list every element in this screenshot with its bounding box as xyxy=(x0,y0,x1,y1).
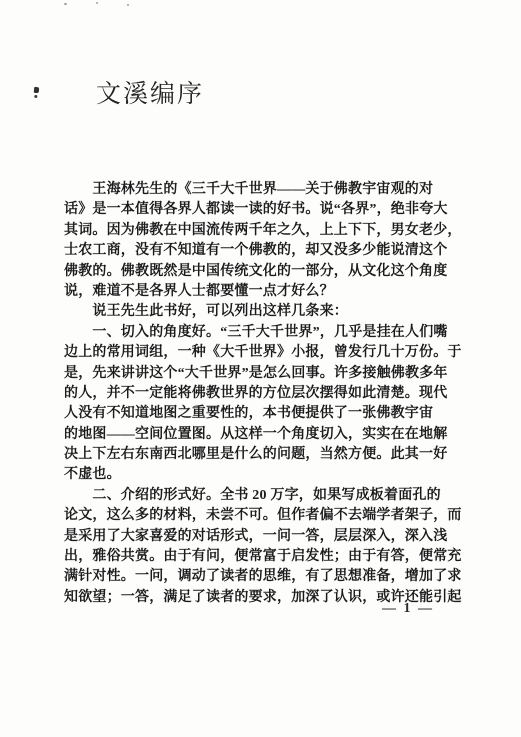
text-line: 出，雅俗共赏。由于有问，便常富于启发性；由于有答，便常充 xyxy=(64,547,464,567)
text-line: 是采用了大家喜爱的对话形式，一问一答，层层深入，深入浅 xyxy=(64,527,464,547)
text-line: 佛教的。佛教既然是中国传统文化的一部分，从文化这个角度 xyxy=(64,262,464,282)
text-line: 论文，这么多的材料，未尝不可。但作者偏不去端学者架子，而 xyxy=(64,506,464,526)
scan-dust-speck xyxy=(127,4,129,6)
text-line: 不虚也。 xyxy=(64,465,464,485)
text-line: 说王先生此书好，可以列出这样几条来： xyxy=(64,302,464,322)
text-line: 士农工商，没有不知道有一个佛教的，却又没多少能说清这个 xyxy=(64,241,464,261)
ink-speck xyxy=(34,87,40,93)
text-line: 说，难道不是各界人士都要懂一点才好么？ xyxy=(64,282,464,302)
text-line: 人没有不知道地图之重要性的，本书便提供了一张佛教宇宙 xyxy=(64,404,464,424)
scan-dust-speck xyxy=(96,2,98,4)
scan-dust-speck xyxy=(64,3,67,5)
book-page: 文溪编序 王海林先生的《三千大千世界——关于佛教宇宙观的对话》是一本值得各界人都… xyxy=(0,0,521,737)
text-line: 二、介绍的形式好。全书 20 万字，如果写成板着面孔的 xyxy=(64,486,464,506)
body-text: 王海林先生的《三千大千世界——关于佛教宇宙观的对话》是一本值得各界人都读一读的好… xyxy=(64,180,464,608)
text-line: 边上的常用词组，一种《大千世界》小报，曾发行几十万份。于 xyxy=(64,343,464,363)
text-line: 满针对性。一问，调动了读者的思维，有了思想准备，增加了求 xyxy=(64,567,464,587)
text-line: 是，先来讲讲这个“大千世界”是怎么回事。许多接触佛教多年 xyxy=(64,364,464,384)
text-line: 其词。因为佛教在中国流传两千年之久，上上下下，男女老少， xyxy=(64,221,464,241)
text-line: 的地图——空间位置图。从这样一个角度切入，实实在在地解 xyxy=(64,425,464,445)
text-line: 王海林先生的《三千大千世界——关于佛教宇宙观的对 xyxy=(64,180,464,200)
text-line: 一、切入的角度好。“三千大千世界”，几乎是挂在人们嘴 xyxy=(64,323,464,343)
text-line: 的人，并不一定能将佛教世界的方位层次摆得如此清楚。现代 xyxy=(64,384,464,404)
text-line: 话》是一本值得各界人都读一读的好书。说“各界”，绝非夸大 xyxy=(64,200,464,220)
page-number: — 1 — xyxy=(382,601,434,617)
text-line: 决上下左右东南西北哪里是什么的问题，当然方便。此其一好 xyxy=(64,445,464,465)
page-title: 文溪编序 xyxy=(96,74,204,110)
